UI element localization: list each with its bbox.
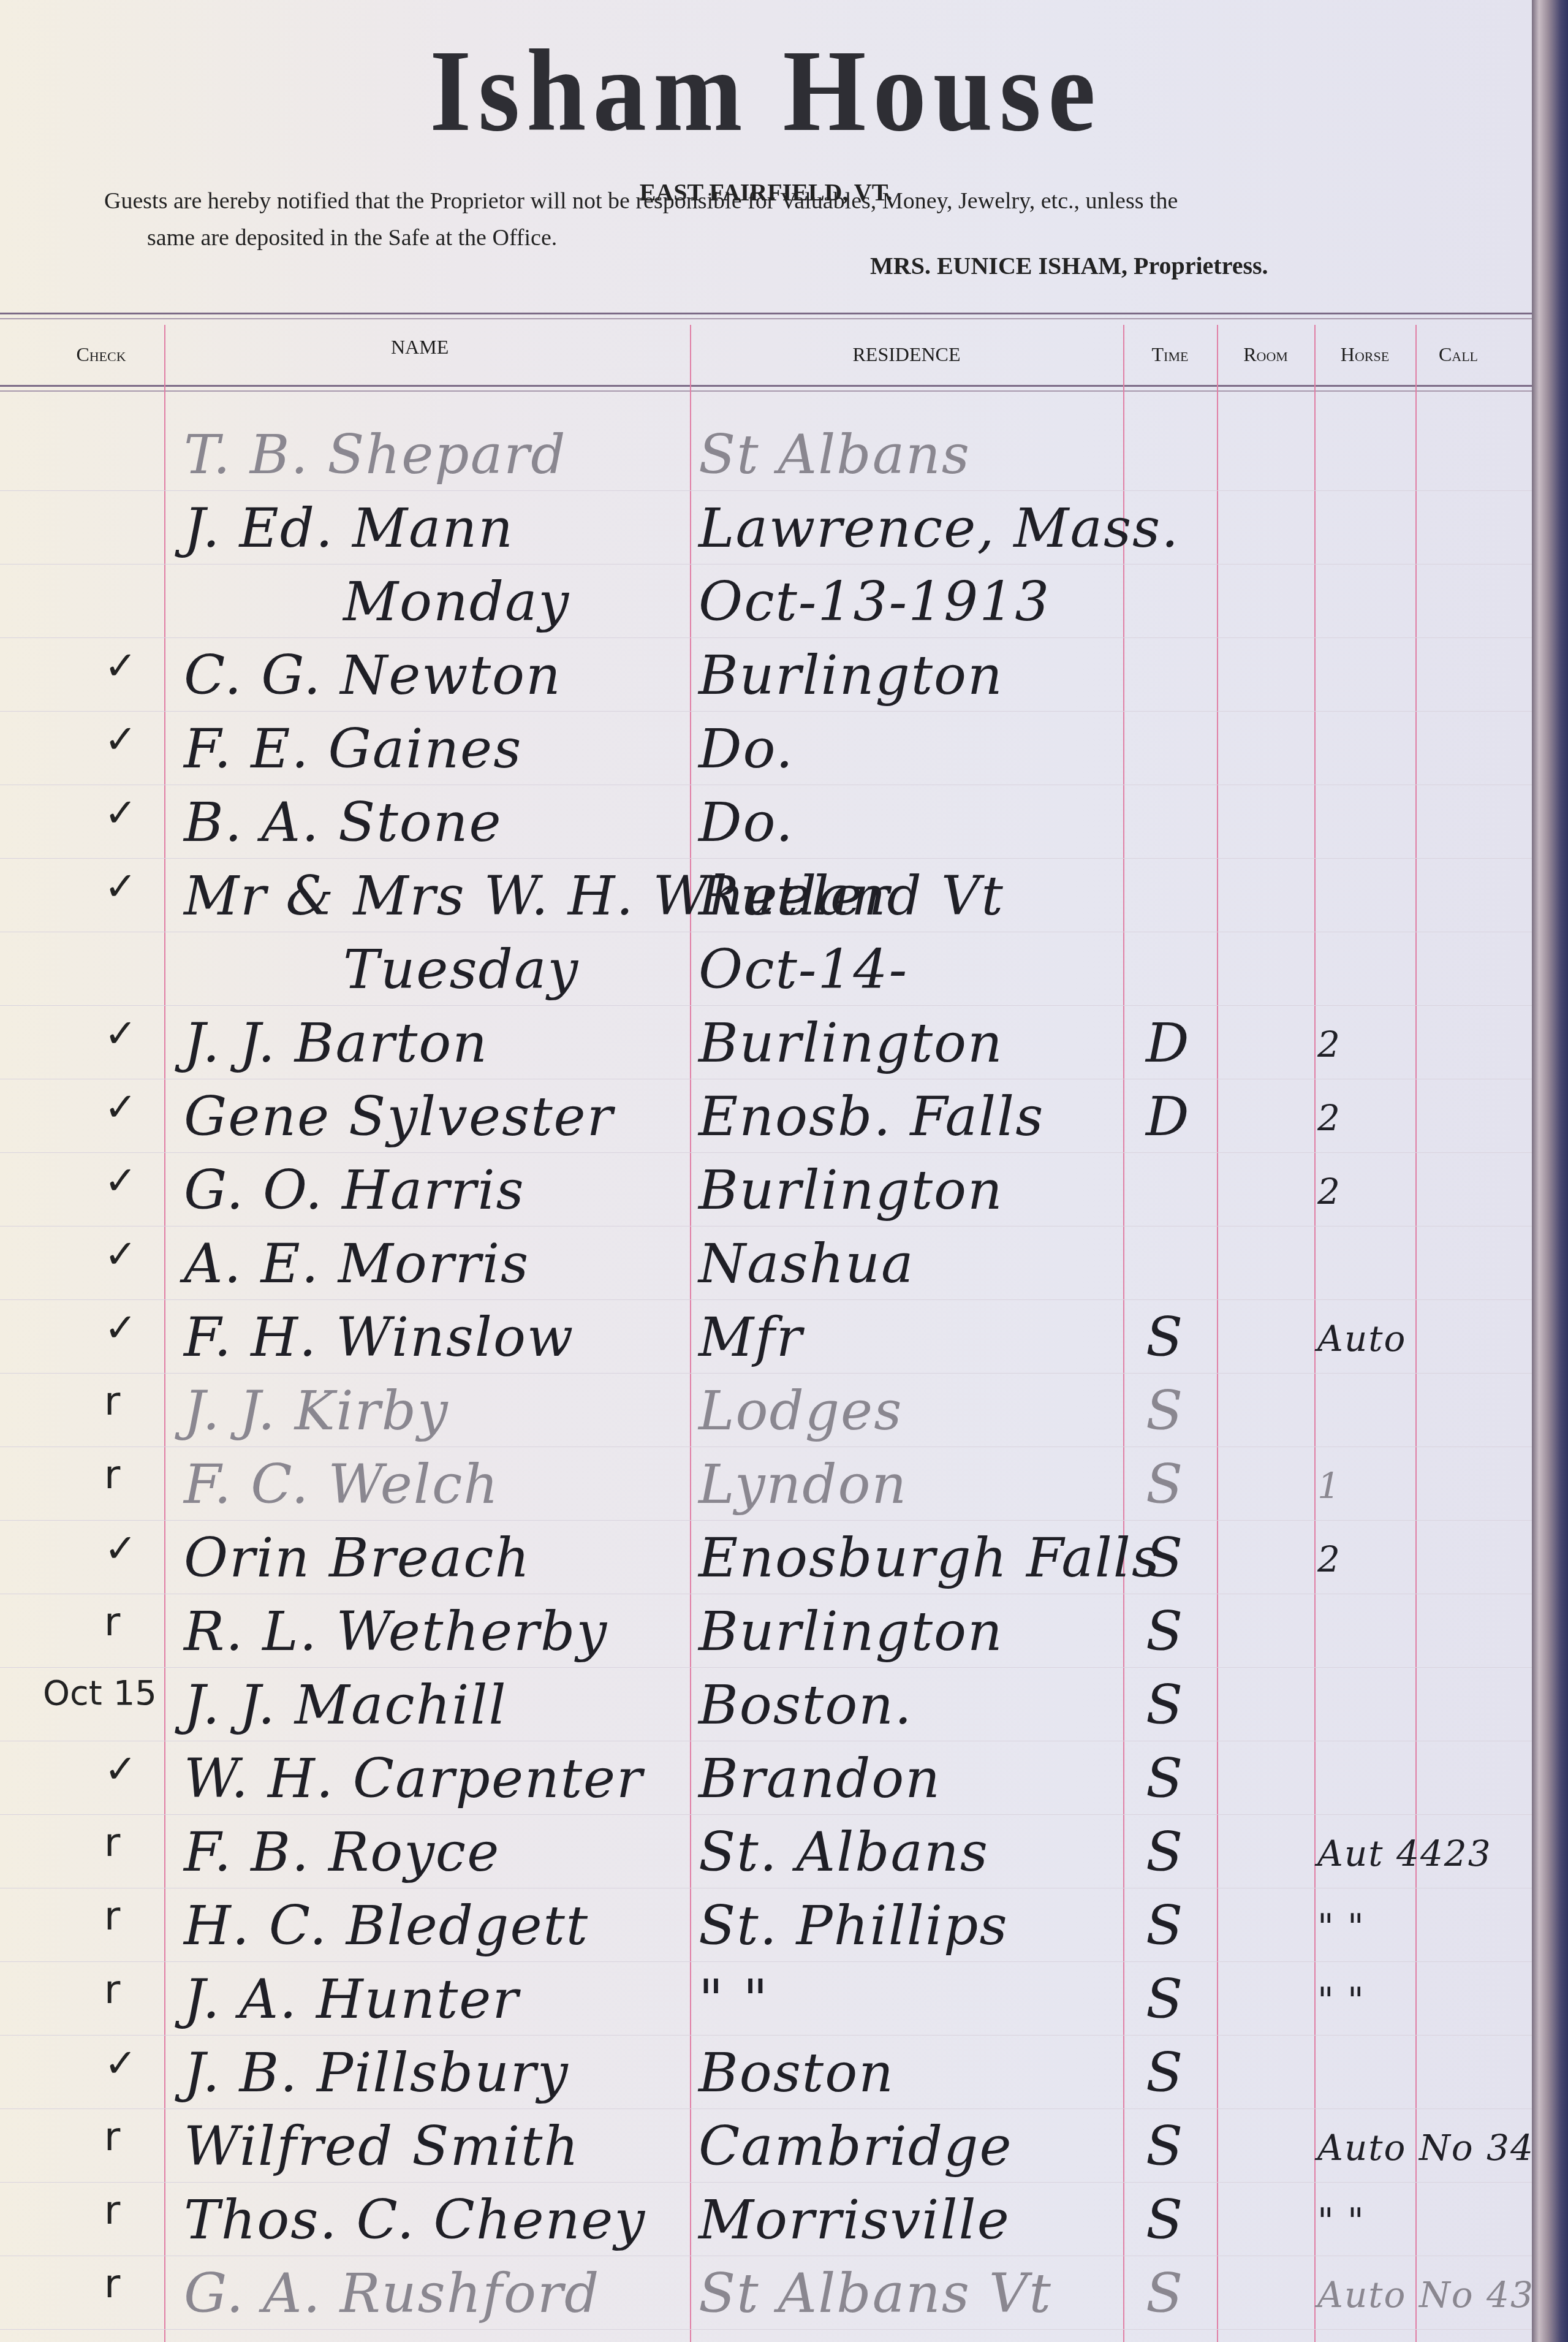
guest-residence: Boston. [699,1673,913,1736]
ruled-line [0,2182,1532,2183]
col-header-time: Time [1123,343,1217,366]
ruled-line [0,637,1532,638]
guest-residence: Burlington [699,644,1004,707]
column-divider [1314,325,1316,2342]
guest-residence: " " [699,1968,769,2031]
guest-name: C. G. Newton [184,644,562,707]
guest-residence: Boston [699,2041,895,2104]
guest-residence: Do. [699,791,794,854]
guest-name: G. A. Rushford [184,2262,600,2325]
guest-residence: St Albans [699,423,971,486]
time-value: S [1146,2262,1184,2325]
ruled-line [0,1594,1532,1594]
ruled-line [0,1667,1532,1668]
ruled-line [0,1226,1532,1226]
time-value: S [1146,1968,1184,2031]
guest-name: J. B. Pillsbury [184,2041,569,2104]
check-mark: ✓ [104,864,137,910]
book-spine [1532,0,1568,2342]
guest-name: Wilfred Smith [184,2115,580,2178]
guest-name: J. J. Kirby [184,1379,449,1442]
guest-residence: Burlington [699,1600,1004,1663]
time-value: S [1146,1306,1184,1369]
check-mark: r [104,1453,120,1498]
col-header-call: Call [1415,343,1501,366]
guest-name: B. A. Stone [184,791,502,854]
ruled-line [0,2035,1532,2036]
guest-residence: Cambridge [699,2115,1013,2178]
guest-name: W. H. Carpenter [184,1747,643,1810]
time-value: D [1146,1011,1191,1074]
guest-residence: Lodges [699,1379,903,1442]
time-value: S [1146,2115,1184,2178]
ruled-line [0,785,1532,785]
ruled-line [0,1961,1532,1962]
check-mark: r [104,2188,120,2234]
guest-residence: St Albans Vt [699,2262,1052,2325]
ruled-line [0,1447,1532,1447]
check-mark: ✓ [104,2041,137,2086]
check-mark: ✓ [104,1085,137,1130]
column-divider [690,325,691,2342]
col-header-room: Room [1217,343,1314,366]
guest-residence: Lawrence, Mass. [699,496,1180,560]
horse-value: Auto [1317,1318,1406,1359]
guest-residence: Enosb. Falls [699,1085,1044,1148]
ruled-line [0,1888,1532,1888]
guest-name: J. Ed. Mann [184,496,514,560]
ruled-line [0,1152,1532,1153]
check-mark: r [104,2262,120,2307]
notice-line-1: Guests are hereby notified that the Prop… [104,184,1178,218]
check-mark: ✓ [104,717,137,762]
ruled-line [0,1079,1532,1079]
horse-value: " " [1317,1980,1365,2021]
check-mark: r [104,1379,120,1424]
check-mark: ✓ [104,1011,137,1057]
date-day: Monday [343,570,570,633]
date-value: Oct-14- [699,938,908,1001]
guest-name: A. E. Morris [184,1232,529,1295]
check-mark: r [104,2115,120,2160]
check-mark: Oct 15 [43,1673,157,1713]
register-page: Isham House EAST FAIRFIELD, VT. Guests a… [0,0,1532,2342]
ruled-line [0,932,1532,932]
check-mark: ✓ [104,1306,137,1351]
guest-name: J. J. Machill [184,1673,507,1736]
guest-name: Gene Sylvester [184,1085,614,1148]
guest-residence: Lyndon [699,1453,907,1516]
guest-name: F. C. Welch [184,1453,499,1516]
horse-value: 2 [1317,1024,1341,1065]
time-value: D [1146,1085,1191,1148]
ruled-line [0,858,1532,859]
guest-residence: St. Phillips [699,1894,1009,1957]
check-mark: r [104,1968,120,2013]
time-value: S [1146,1747,1184,1810]
guest-name: Orin Breach [184,1526,531,1589]
guest-name: J. A. Hunter [184,1968,520,2031]
guest-residence: Morrisville [699,2188,1010,2251]
guest-residence: St. Albans [699,1820,989,1884]
time-value: S [1146,2188,1184,2251]
column-divider [1415,325,1417,2342]
check-mark: ✓ [104,1747,137,1792]
check-mark: r [104,1600,120,1645]
ruled-line [0,490,1532,491]
ruled-line [0,2108,1532,2109]
time-value: S [1146,2041,1184,2104]
guest-residence: Mfr [699,1306,803,1369]
ruled-line [0,1741,1532,1741]
guest-residence: Nashua [699,1232,914,1295]
time-value: S [1146,1379,1184,1442]
horse-value: 2 [1317,1538,1341,1580]
date-day: Tuesday [343,938,579,1001]
ruled-line [0,2329,1532,2330]
horse-value: " " [1317,1906,1365,1948]
date-value: Oct-13-1913 [699,570,1050,633]
guest-name: F. E. Gaines [184,717,522,780]
check-mark: ✓ [104,1158,137,1204]
guest-name: H. C. Bledgett [184,1894,589,1957]
ruled-line [0,1299,1532,1300]
time-value: S [1146,1894,1184,1957]
guest-residence: Enosburgh Falls [699,1526,1161,1589]
time-value: S [1146,1820,1184,1884]
time-value: S [1146,1526,1184,1589]
page-title: Isham House [61,25,1471,158]
time-value: S [1146,1600,1184,1663]
header-rule-bottom [0,385,1532,392]
time-value: S [1146,1673,1184,1736]
ruled-line [0,1373,1532,1374]
ruled-line [0,2256,1532,2256]
check-mark: r [104,1820,120,1866]
notice-line-2: same are deposited in the Safe at the Of… [147,221,557,255]
guest-name: T. B. Shepard [184,423,567,486]
guest-name: J. J. Barton [184,1011,488,1074]
guest-residence: Burlington [699,1158,1004,1222]
horse-value: 2 [1317,1171,1341,1212]
horse-value: Aut 4423 [1317,1833,1492,1874]
guest-name: F. B. Royce [184,1820,500,1884]
ruled-line [0,1005,1532,1006]
check-mark: ✓ [104,1526,137,1572]
horse-value: 2 [1317,1097,1341,1139]
proprietress: MRS. EUNICE ISHAM, Proprietress. [870,251,1268,280]
ruled-line [0,711,1532,712]
guest-residence: Brandon [699,1747,941,1810]
guest-residence: Rutland Vt [699,864,1004,927]
guest-name: F. H. Winslow [184,1306,574,1369]
ruled-line [0,1814,1532,1815]
guest-name: Thos. C. Cheney [184,2188,646,2251]
guest-residence: Do. [699,717,794,780]
check-mark: ✓ [104,791,137,836]
header-rule-top [0,313,1532,319]
guest-residence: Burlington [699,1011,1004,1074]
horse-value: Auto No 436 [1317,2274,1558,2316]
ruled-line [0,1520,1532,1521]
column-divider [1217,325,1218,2342]
col-header-check: Check [55,343,147,366]
col-header-horse: Horse [1314,343,1415,366]
horse-value: Auto No 3400 [1317,2127,1568,2169]
time-value: S [1146,1453,1184,1516]
guest-name: R. L. Wetherby [184,1600,608,1663]
col-header-name: NAME [164,336,690,359]
col-header-residence: RESIDENCE [690,343,1123,366]
ruled-line [0,564,1532,565]
column-divider [1123,325,1124,2342]
check-mark: ✓ [104,644,137,689]
check-mark: r [104,1894,120,1939]
column-divider [164,325,165,2342]
horse-value: 1 [1317,1465,1341,1507]
guest-name: G. O. Harris [184,1158,525,1222]
horse-value: " " [1317,2200,1365,2242]
check-mark: ✓ [104,1232,137,1277]
